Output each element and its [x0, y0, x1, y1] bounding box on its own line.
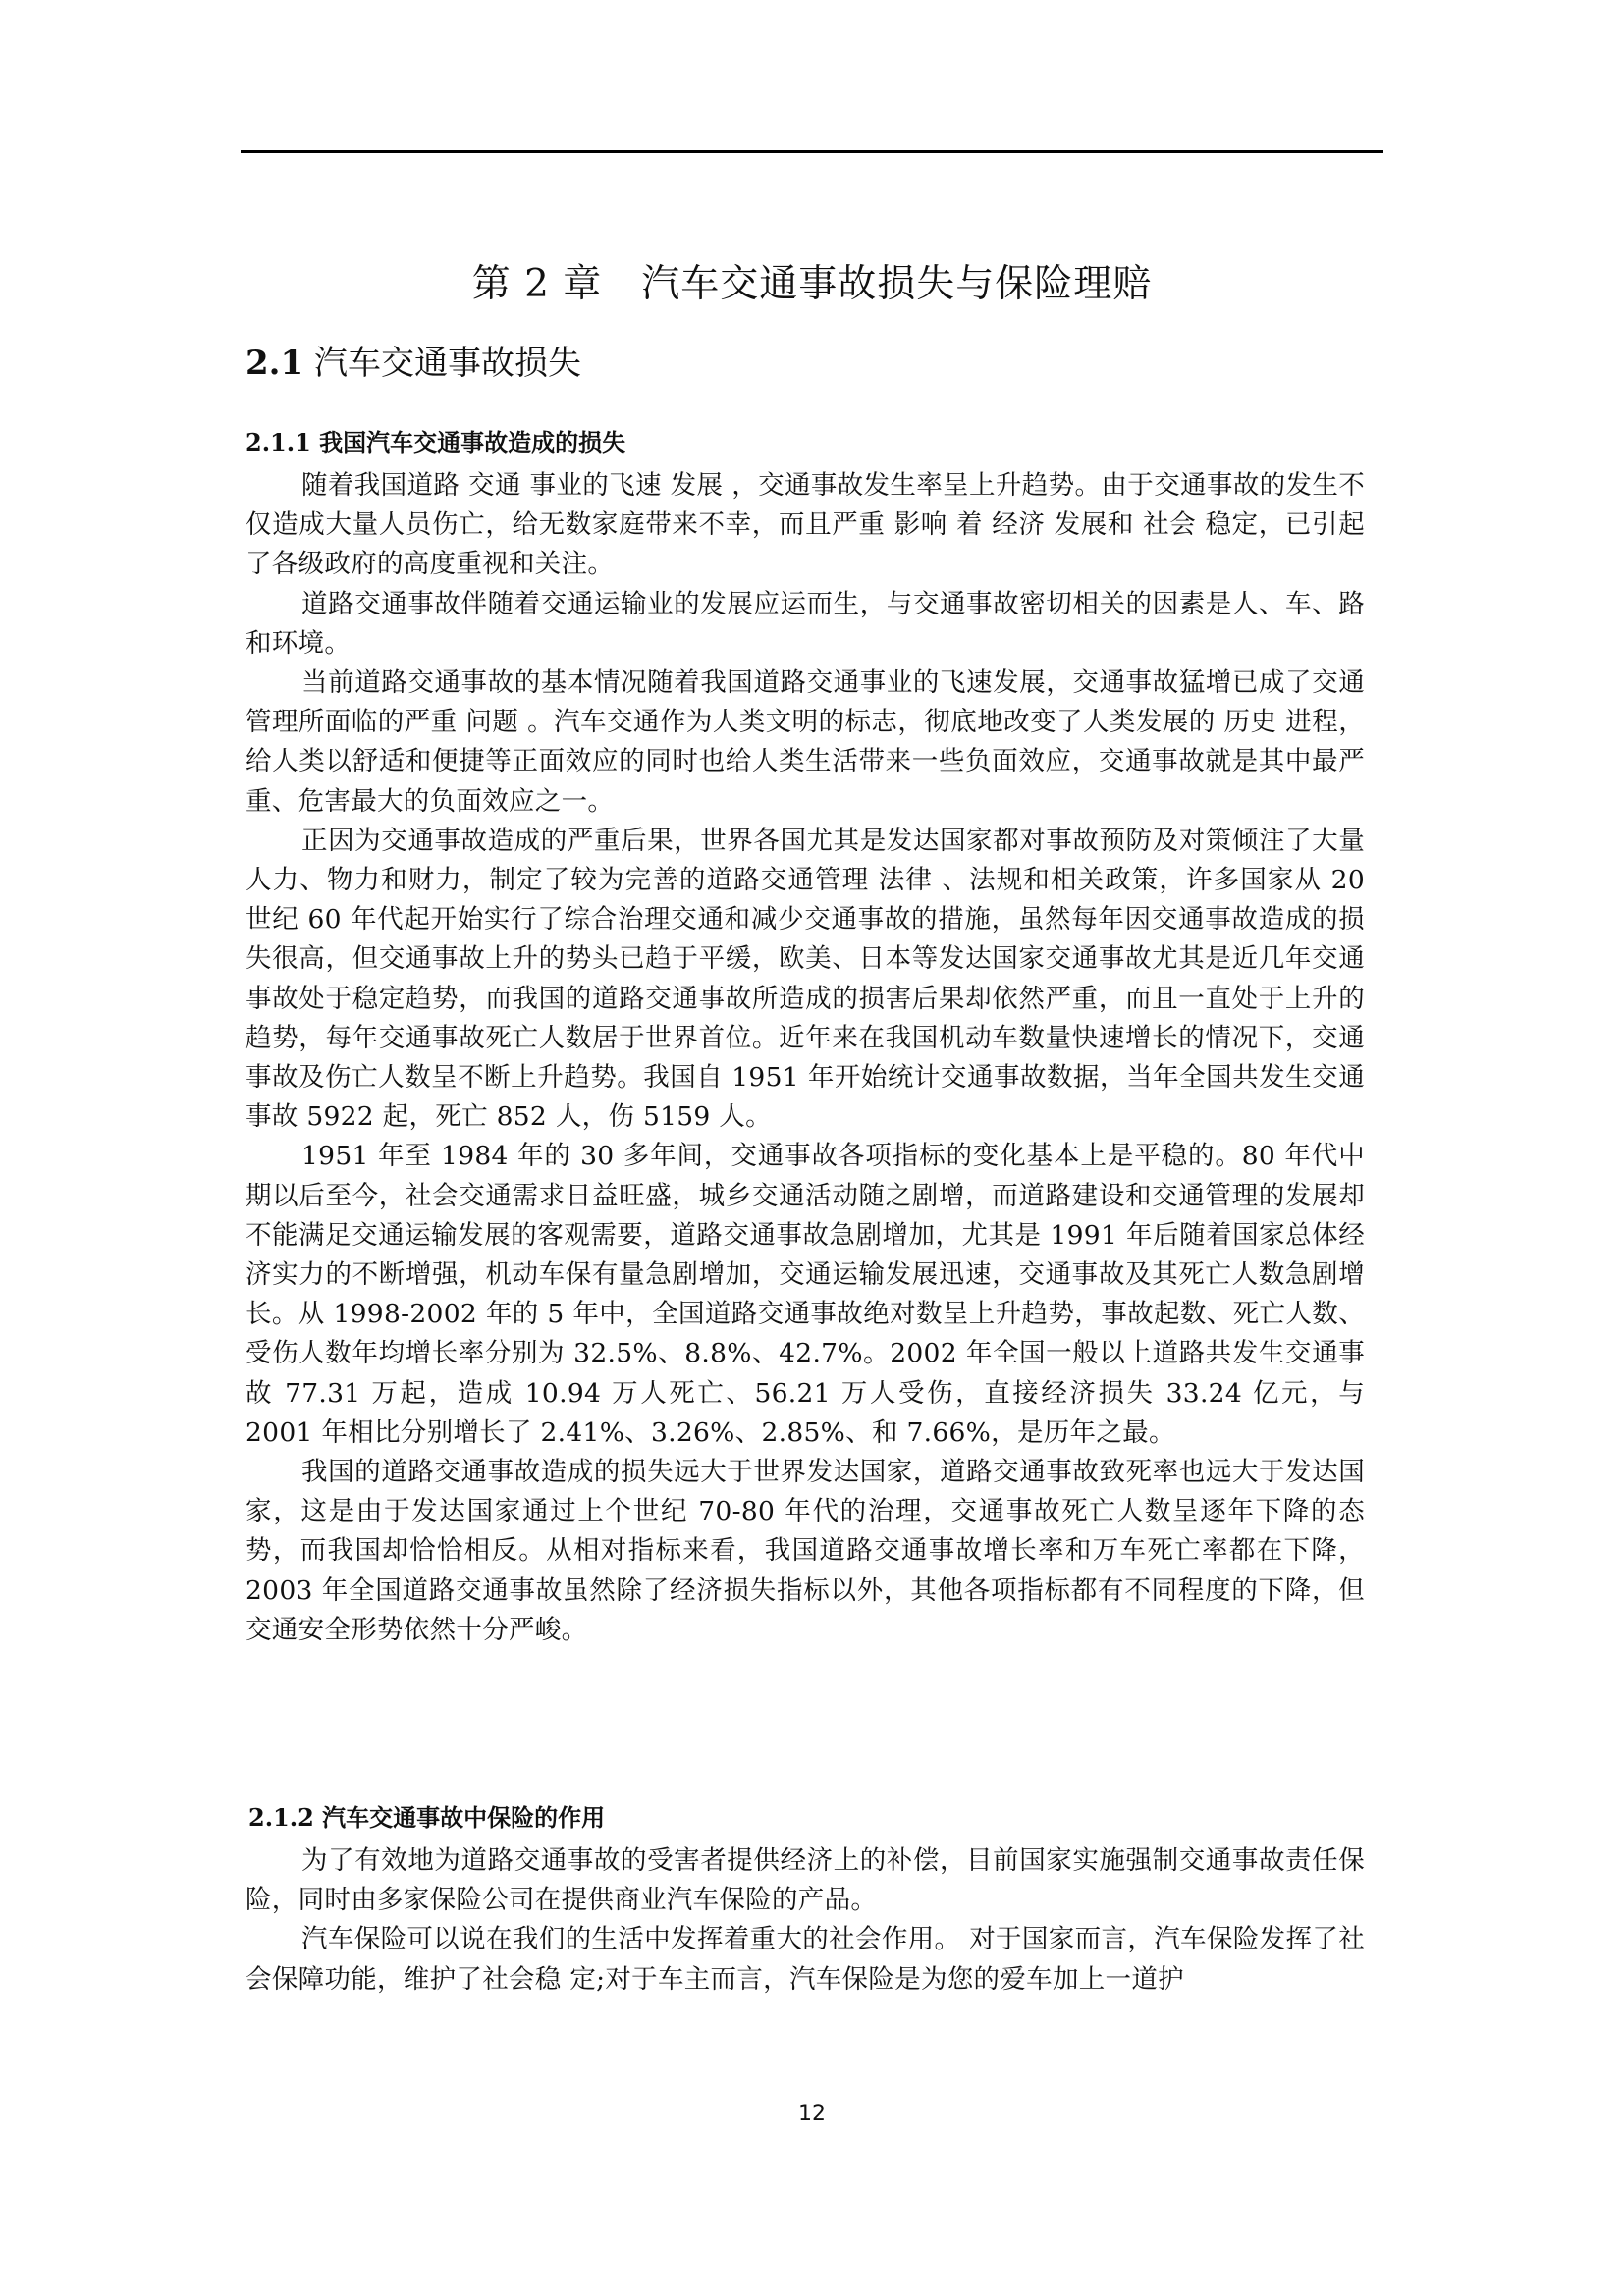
chapter-title-text: 汽车交通事故损失与保险理赔: [641, 262, 1152, 306]
document-page: 第 2 章汽车交通事故损失与保险理赔 2.1 汽车交通事故损失 2.1.1 我国…: [0, 0, 1624, 2296]
section-heading: 2.1 汽车交通事故损失: [245, 340, 581, 387]
paragraph: 汽车保险可以说在我们的生活中发挥着重大的社会作用。 对于国家而言，汽车保险发挥了…: [245, 1920, 1365, 1999]
paragraph: 道路交通事故伴随着交通运输业的发展应运而生，与交通事故密切相关的因素是人、车、路…: [245, 585, 1365, 664]
subsection-number: 2.1.2: [248, 1803, 314, 1832]
chapter-title: 第 2 章汽车交通事故损失与保险理赔: [241, 257, 1383, 312]
paragraph: 当前道路交通事故的基本情况随着我国道路交通事业的飞速发展，交通事故猛增已成了交通…: [245, 664, 1365, 822]
chapter-number: 第 2 章: [472, 262, 603, 306]
header-rule: [241, 150, 1383, 153]
subsection-number: 2.1.1: [245, 428, 311, 456]
section-title: 汽车交通事故损失: [314, 344, 581, 383]
paragraph: 随着我国道路 交通 事业的飞速 发展 ，交通事故发生率呈上升趋势。由于交通事故的…: [245, 466, 1365, 585]
subsection-body-2-1-2: 为了有效地为道路交通事故的受害者提供经济上的补偿，目前国家实施强制交通事故责任保…: [245, 1842, 1365, 2000]
subsection-title: 汽车交通事故中保险的作用: [322, 1803, 605, 1832]
subsection-heading-2-1-1: 2.1.1 我国汽车交通事故造成的损失: [245, 425, 625, 460]
page-number: 12: [0, 2101, 1624, 2128]
paragraph: 正因为交通事故造成的严重后果，世界各国尤其是发达国家都对事故预防及对策倾注了大量…: [245, 822, 1365, 1138]
subsection-title: 我国汽车交通事故造成的损失: [319, 428, 625, 456]
paragraph: 为了有效地为道路交通事故的受害者提供经济上的补偿，目前国家实施强制交通事故责任保…: [245, 1842, 1365, 1920]
paragraph: 1951 年至 1984 年的 30 多年间，交通事故各项指标的变化基本上是平稳…: [245, 1137, 1365, 1453]
paragraph: 我国的道路交通事故造成的损失远大于世界发达国家，道路交通事故致死率也远大于发达国…: [245, 1453, 1365, 1650]
subsection-body-2-1-1: 随着我国道路 交通 事业的飞速 发展 ，交通事故发生率呈上升趋势。由于交通事故的…: [245, 466, 1365, 1650]
section-number: 2.1: [245, 344, 303, 383]
subsection-heading-2-1-2: 2.1.2 汽车交通事故中保险的作用: [248, 1800, 605, 1836]
